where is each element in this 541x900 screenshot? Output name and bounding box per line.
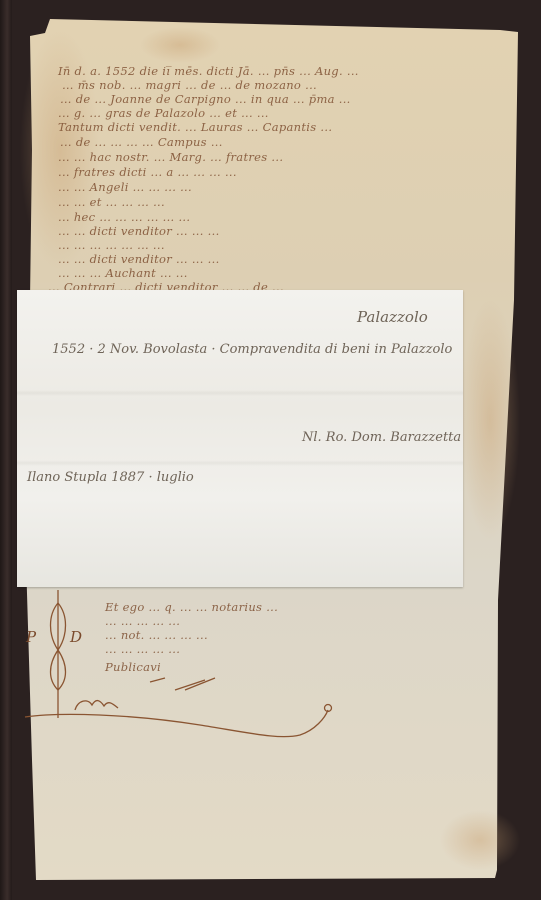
manuscript-line: ... g. ... gras de Palazolo ... et ... .… <box>58 106 269 120</box>
manuscript-line: ... de ... ... ... ... Campus ... <box>60 135 223 149</box>
manuscript-line: … m̄s nob. ... magri ... de ... de mozan… <box>62 78 317 92</box>
manuscript-line: ... not. ... ... ... ... <box>105 628 208 642</box>
manuscript-line: ... ... Angeli ... ... ... ... <box>58 180 192 194</box>
manuscript-line: ... ... et ... ... ... ... <box>58 195 165 209</box>
manuscript-line: … de ... Joanne de Carpigno ... in qua .… <box>60 92 351 106</box>
manuscript-line: ... ... ... Auchant ... ... <box>58 266 188 280</box>
manuscript-line: ... ... ... ... ... <box>105 614 180 628</box>
manuscript-line: ... ... dicti venditor ... ... ... <box>58 224 220 238</box>
manuscript-line: ... ... ... ... ... <box>105 642 180 656</box>
manuscript-line: Publicavi <box>105 660 161 674</box>
notary-mark-letter-left: P <box>26 628 36 646</box>
slip-archive-note: Ilano Stupla 1887 · luglio <box>27 470 194 485</box>
manuscript-line: ... fratres dicti ... a ... ... ... ... <box>58 165 237 179</box>
slip-fold-shade <box>17 390 463 396</box>
manuscript-line: ... ... ... ... ... ... ... <box>58 238 165 252</box>
manuscript-line: In̄ d. a. 1552 die ii̅ mēs. dicti Jā. ..… <box>58 64 359 78</box>
manuscript-line: Et ego ... q. ... ... notarius ... <box>105 600 278 614</box>
slip-heading: Palazzolo <box>357 308 428 326</box>
archival-slip: Palazzolo 1552 · 2 Nov. Bovolasta · Comp… <box>17 290 463 587</box>
slip-notary: Nl. Ro. Dom. Barazzetta <box>302 430 461 445</box>
slip-fold-shade <box>17 460 463 466</box>
manuscript-line: Tantum dicti vendit. ... Lauras ... Capa… <box>58 120 332 134</box>
notary-mark-letter-right: D <box>70 628 82 646</box>
slip-summary: 1552 · 2 Nov. Bovolasta · Compravendita … <box>52 342 452 357</box>
manuscript-line: ... ... dicti venditor ... ... ... <box>58 252 220 266</box>
manuscript-line: ... hec ... ... ... ... ... ... <box>58 210 190 224</box>
manuscript-line: ... ... hac nostr. ... Marg. ... fratres… <box>58 150 283 164</box>
